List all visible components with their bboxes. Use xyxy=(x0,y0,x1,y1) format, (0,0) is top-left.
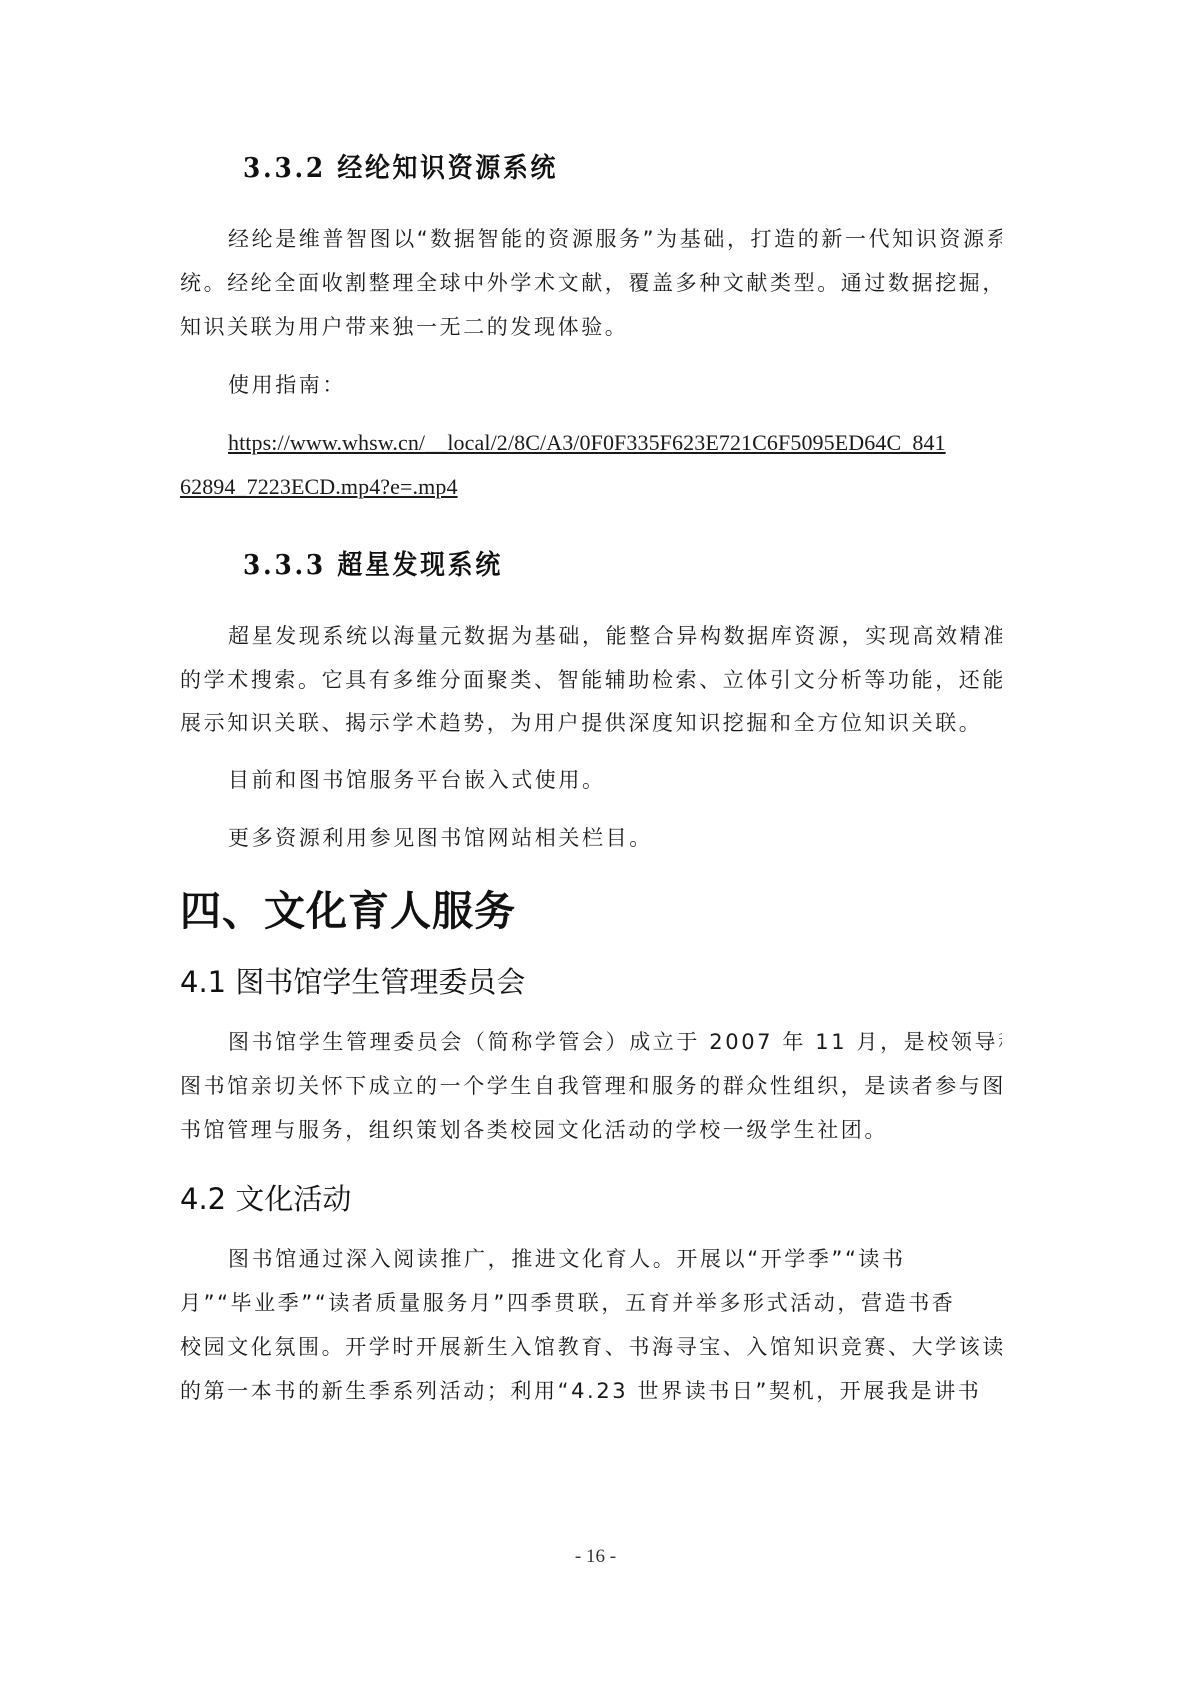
usage-guide-link-continued[interactable]: 62894_7223ECD.mp4?e=.mp4 xyxy=(180,472,458,502)
paragraph-line: 统。经纶全面收割整理全球中外学术文献，覆盖多种文献类型。通过数据挖掘， xyxy=(180,268,1002,298)
paragraph-line: 书馆管理与服务，组织策划各类校园文化活动的学校一级学生社团。 xyxy=(180,1115,1002,1145)
usage-guide-label: 使用指南： xyxy=(228,370,1002,400)
chapter-heading-4: 四、文化育人服务 xyxy=(180,878,516,937)
usage-guide-link[interactable]: https://www.whsw.cn/__local/2/8C/A3/0F0F… xyxy=(228,428,946,458)
paragraph-line: 月”“毕业季”“读者质量服务月”四季贯联，五育并举多形式活动，营造书香 xyxy=(180,1288,1002,1318)
paragraph-line: 图书馆亲切关怀下成立的一个学生自我管理和服务的群众性组织，是读者参与图 xyxy=(180,1071,1002,1101)
paragraph-line: 图书馆通过深入阅读推广，推进文化育人。开展以“开学季”“读书 xyxy=(228,1244,1002,1274)
paragraph-line: 知识关联为用户带来独一无二的发现体验。 xyxy=(180,312,1002,342)
section-heading-4-2: 4.2 文化活动 xyxy=(180,1177,351,1218)
paragraph-line: 校园文化氛围。开学时开展新生入馆教育、书海寻宝、入馆知识竞赛、大学该读 xyxy=(180,1332,1002,1362)
paragraph-line: 展示知识关联、揭示学术趋势，为用户提供深度知识挖掘和全方位知识关联。 xyxy=(180,708,1002,738)
section-heading-4-1: 4.1 图书馆学生管理委员会 xyxy=(180,960,525,1001)
paragraph-line: 的第一本书的新生季系列活动；利用“4.23 世界读书日”契机，开展我是讲书 xyxy=(180,1376,1002,1406)
paragraph-line: 的学术搜索。它具有多维分面聚类、智能辅助检索、立体引文分析等功能，还能 xyxy=(180,665,1002,695)
page-number: - 16 - xyxy=(0,1546,1191,1568)
section-heading-3-3-3: 3.3.3 超星发现系统 xyxy=(243,543,503,582)
document-page: 3.3.2 经纶知识资源系统 经纶是维普智图以“数据智能的资源服务”为基础，打造… xyxy=(0,0,1191,1684)
paragraph-line: 更多资源利用参见图书馆网站相关栏目。 xyxy=(228,823,1002,853)
section-heading-3-3-2: 3.3.2 经纶知识资源系统 xyxy=(243,146,558,185)
paragraph-line: 经纶是维普智图以“数据智能的资源服务”为基础，打造的新一代知识资源系 xyxy=(228,224,1002,254)
paragraph-line: 超星发现系统以海量元数据为基础，能整合异构数据库资源，实现高效精准 xyxy=(228,621,1002,651)
paragraph-line: 目前和图书馆服务平台嵌入式使用。 xyxy=(228,765,1002,795)
paragraph-line: 图书馆学生管理委员会（简称学管会）成立于 2007 年 11 月，是校领导和 xyxy=(228,1027,1002,1057)
